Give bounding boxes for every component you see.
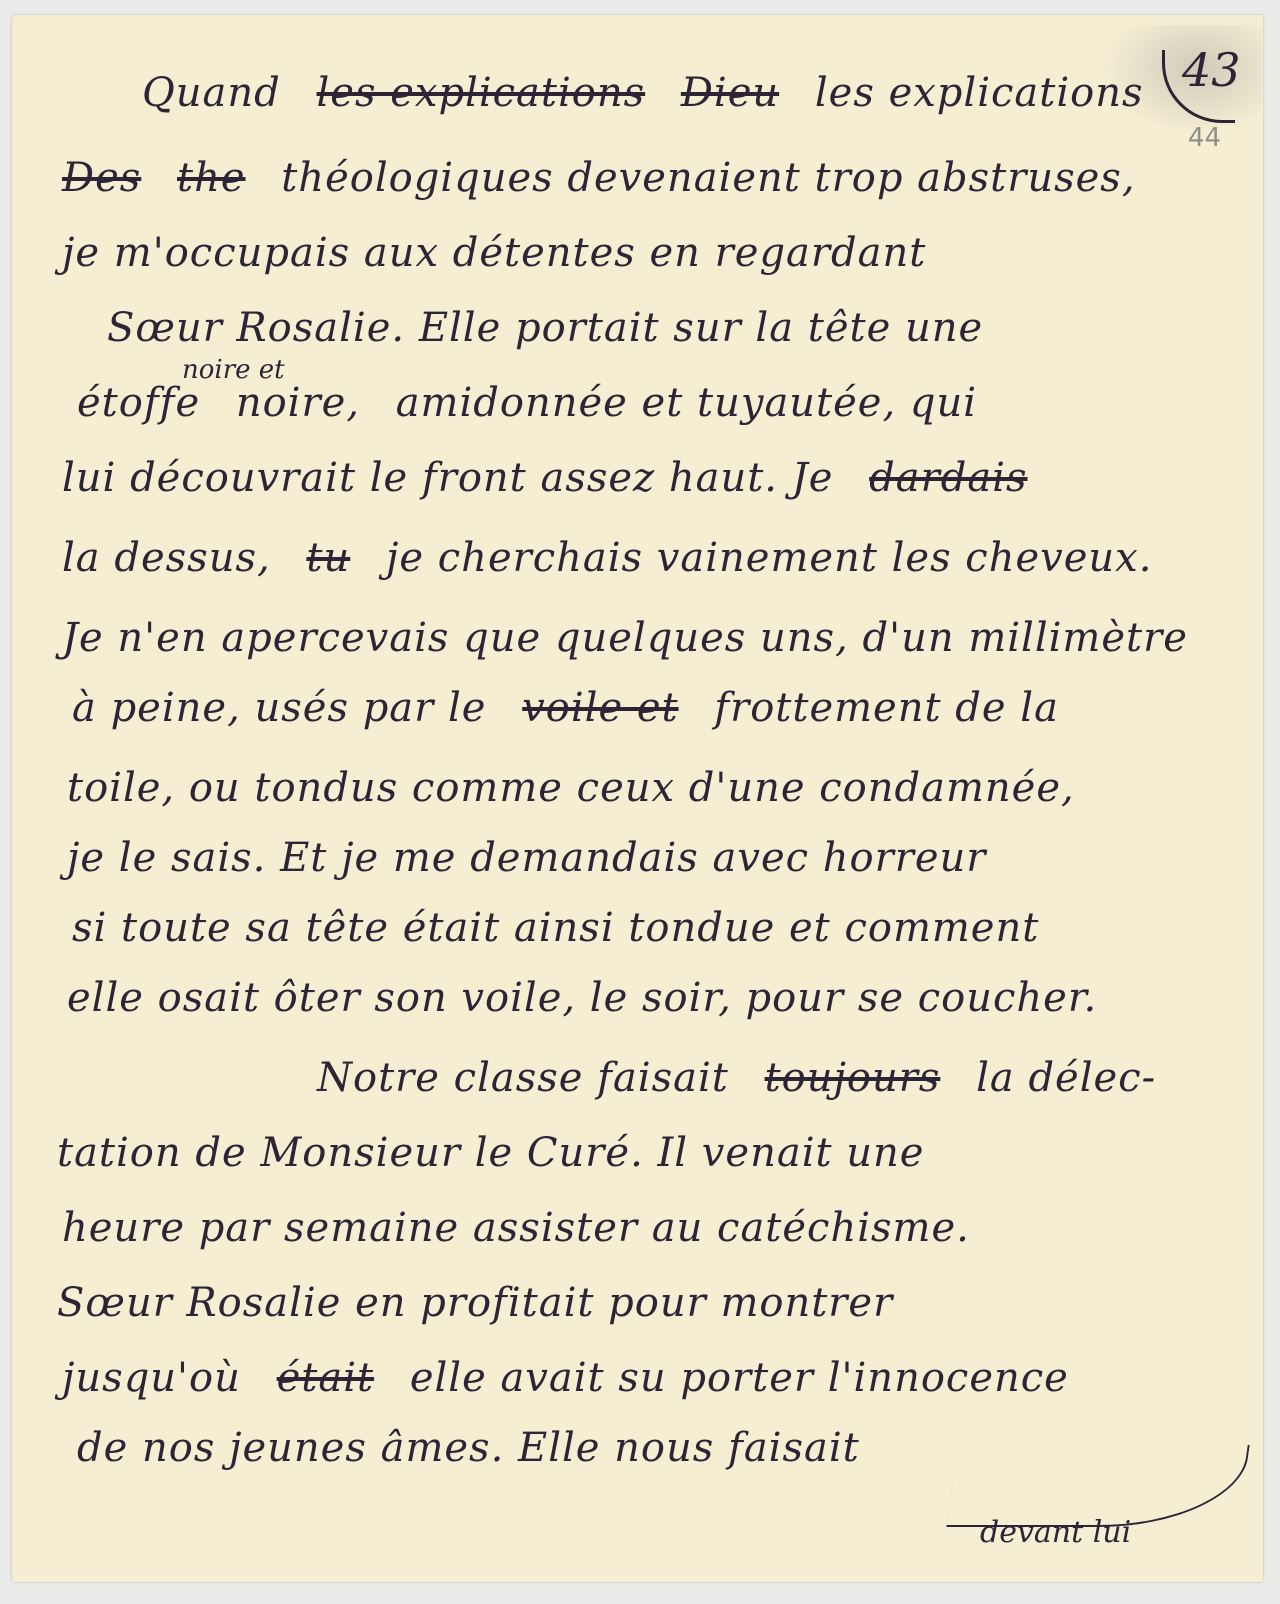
struck-segment: dardais [869, 455, 1027, 501]
manuscript-line: jusqu'où était elle avait su porter l'in… [62, 1355, 1091, 1401]
line-segment: si toute sa tête était ainsi tondue et c… [72, 905, 1039, 951]
manuscript-line: si toute sa tête était ainsi tondue et c… [72, 905, 1061, 951]
line-segment: la délec- [976, 1055, 1156, 1101]
line-segment: les explications [815, 70, 1144, 116]
line-segment: heure par semaine assister au catéchisme… [62, 1205, 970, 1251]
line-segment: de nos jeunes âmes. Elle nous faisait [77, 1425, 860, 1471]
manuscript-page: 43 44 Quand les explications Dieu les ex… [12, 15, 1263, 1582]
line-segment: je cherchais vainement les cheveux. [386, 535, 1152, 581]
manuscript-line: la dessus, tu je cherchais vainement les… [62, 535, 1174, 581]
line-segment: tation de Monsieur le Curé. Il venait un… [57, 1130, 924, 1176]
line-segment: Notre classe faisait [317, 1055, 729, 1101]
manuscript-line: de nos jeunes âmes. Elle nous faisait [77, 1425, 882, 1471]
line-segment: jusqu'où [62, 1355, 241, 1401]
struck-segment: Dieu [681, 70, 779, 116]
line-segment: amidonnée et tuyautée, qui [396, 380, 977, 426]
line-segment: théologiques devenaient trop abstruses, [281, 155, 1135, 201]
manuscript-line: je le sais. Et je me demandais avec horr… [67, 835, 1008, 881]
line-segment: Sœur Rosalie en profitait pour montrer [57, 1280, 893, 1326]
manuscript-line: à peine, usés par le voile et frottement… [72, 685, 1081, 731]
manuscript-line: étoffe noire, amidonnée et tuyautée, qui [77, 380, 999, 426]
page-number: 43 [1182, 43, 1241, 97]
struck-segment: tu [306, 535, 350, 581]
manuscript-line: Quand les explications Dieu les explicat… [142, 70, 1165, 116]
line-segment: je m'occupais aux détentes en regardant [62, 230, 926, 276]
manuscript-line: Je n'en apercevais que quelques uns, d'u… [62, 615, 1210, 661]
manuscript-line: tation de Monsieur le Curé. Il venait un… [57, 1130, 946, 1176]
struck-segment: Des [62, 155, 141, 201]
manuscript-line: Des the théologiques devenaient trop abs… [62, 155, 1158, 201]
line-segment: Quand [142, 70, 281, 116]
line-segment: à peine, usés par le [72, 685, 486, 731]
manuscript-line: Sœur Rosalie. Elle portait sur la tête u… [107, 305, 1005, 351]
struck-segment: voile et [522, 685, 678, 731]
line-segment: étoffe [77, 380, 200, 426]
line-segment: noire, [236, 380, 360, 426]
manuscript-line: je m'occupais aux détentes en regardant [62, 230, 948, 276]
manuscript-line: toile, ou tondus comme ceux d'une condam… [67, 765, 1097, 811]
line-segment: elle avait su porter l'innocence [410, 1355, 1069, 1401]
line-segment: la dessus, [62, 535, 271, 581]
struck-segment: toujours [765, 1055, 941, 1101]
struck-segment: était [277, 1355, 374, 1401]
line-segment: Sœur Rosalie. Elle portait sur la tête u… [107, 305, 983, 351]
manuscript-line: heure par semaine assister au catéchisme… [62, 1205, 992, 1251]
manuscript-line: Notre classe faisait toujours la délec- [317, 1055, 1178, 1101]
line-segment: toile, ou tondus comme ceux d'une condam… [67, 765, 1075, 811]
manuscript-line: Sœur Rosalie en profitait pour montrer [57, 1280, 915, 1326]
line-segment: frottement de la [714, 685, 1059, 731]
manuscript-line: lui découvrait le front assez haut. Je d… [62, 455, 1050, 501]
struck-segment: the [177, 155, 246, 201]
footer-continuation-note: devant lui [980, 1515, 1131, 1550]
line-segment: elle osait ôter son voile, le soir, pour… [67, 975, 1097, 1021]
page-number-pencil: 44 [1188, 123, 1221, 153]
struck-segment: les explications [317, 70, 646, 116]
line-segment: je le sais. Et je me demandais avec horr… [67, 835, 986, 881]
line-segment: lui découvrait le front assez haut. Je [62, 455, 833, 501]
line-segment: Je n'en apercevais que quelques uns, d'u… [62, 615, 1188, 661]
manuscript-line: elle osait ôter son voile, le soir, pour… [67, 975, 1119, 1021]
